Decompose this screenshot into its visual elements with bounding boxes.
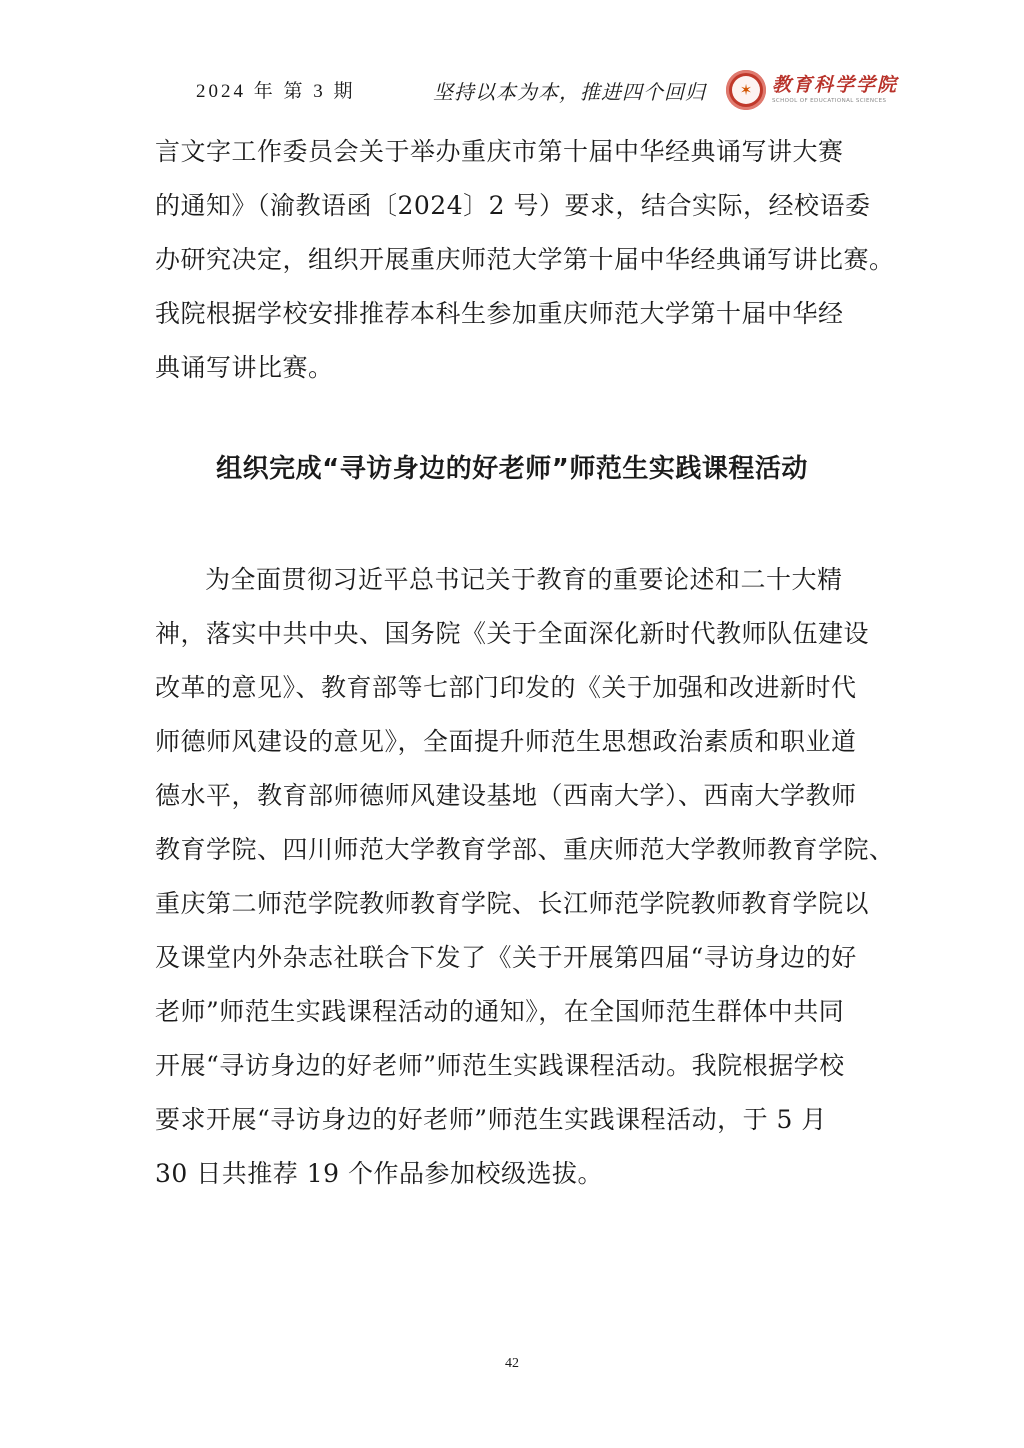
section-heading: 组织完成“寻访身边的好老师”师范生实践课程活动	[0, 448, 1024, 485]
text-line: 我院根据学校安排推荐本科生参加重庆师范大学第十届中华经	[155, 290, 875, 344]
seal-icon: ✶	[726, 70, 766, 110]
section1-paragraph: 言文字工作委员会关于举办重庆市第十届中华经典诵写讲大赛 的通知》（渝教语函〔20…	[155, 128, 875, 398]
text-line: 神，落实中共中央、国务院《关于全面深化新时代教师队伍建设	[155, 610, 875, 664]
text-line: 老师”师范生实践课程活动的通知》，在全国师范生群体中共同	[155, 988, 875, 1042]
seal-emblem-icon: ✶	[732, 76, 760, 104]
issue-label: 2024 年 第 3 期	[196, 76, 356, 103]
text-line: 典诵写讲比赛。	[155, 344, 875, 398]
text-line: 办研究决定，组织开展重庆师范大学第十届中华经典诵写讲比赛。	[155, 236, 875, 290]
logo-name-en: SCHOOL OF EDUCATIONAL SCIENCES	[772, 98, 886, 104]
text-line: 改革的意见》、教育部等七部门印发的《关于加强和改进新时代	[155, 664, 875, 718]
header-slogan: 坚持以本为本，推进四个回归	[433, 76, 706, 105]
text-line: 师德师风建设的意见》，全面提升师范生思想政治素质和职业道	[155, 718, 875, 772]
text-line: 要求开展“寻访身边的好老师”师范生实践课程活动，于 5 月	[155, 1096, 875, 1150]
text-line: 为全面贯彻习近平总书记关于教育的重要论述和二十大精	[155, 556, 875, 610]
text-line: 教育学院、四川师范大学教育学部、重庆师范大学教师教育学院、	[155, 826, 875, 880]
text-line: 的通知》（渝教语函〔2024〕2 号）要求，结合实际，经校语委	[155, 182, 875, 236]
school-logo: ✶ 教育科学学院 SCHOOL OF EDUCATIONAL SCIENCES	[726, 70, 906, 112]
page-number: 42	[0, 1356, 1024, 1372]
text-line: 德水平，教育部师德师风建设基地（西南大学）、西南大学教师	[155, 772, 875, 826]
text-line: 重庆第二师范学院教师教育学院、长江师范学院教师教育学院以	[155, 880, 875, 934]
section2-paragraph: 为全面贯彻习近平总书记关于教育的重要论述和二十大精 神，落实中共中央、国务院《关…	[155, 556, 875, 1204]
logo-name-cn: 教育科学学院	[772, 70, 898, 97]
page-header: 2024 年 第 3 期 坚持以本为本，推进四个回归 ✶ 教育科学学院 SCHO…	[0, 68, 1024, 112]
text-line: 言文字工作委员会关于举办重庆市第十届中华经典诵写讲大赛	[155, 128, 875, 182]
text-line: 30 日共推荐 19 个作品参加校级选拔。	[155, 1150, 875, 1204]
text-line: 开展“寻访身边的好老师”师范生实践课程活动。我院根据学校	[155, 1042, 875, 1096]
text-line: 及课堂内外杂志社联合下发了《关于开展第四届“寻访身边的好	[155, 934, 875, 988]
